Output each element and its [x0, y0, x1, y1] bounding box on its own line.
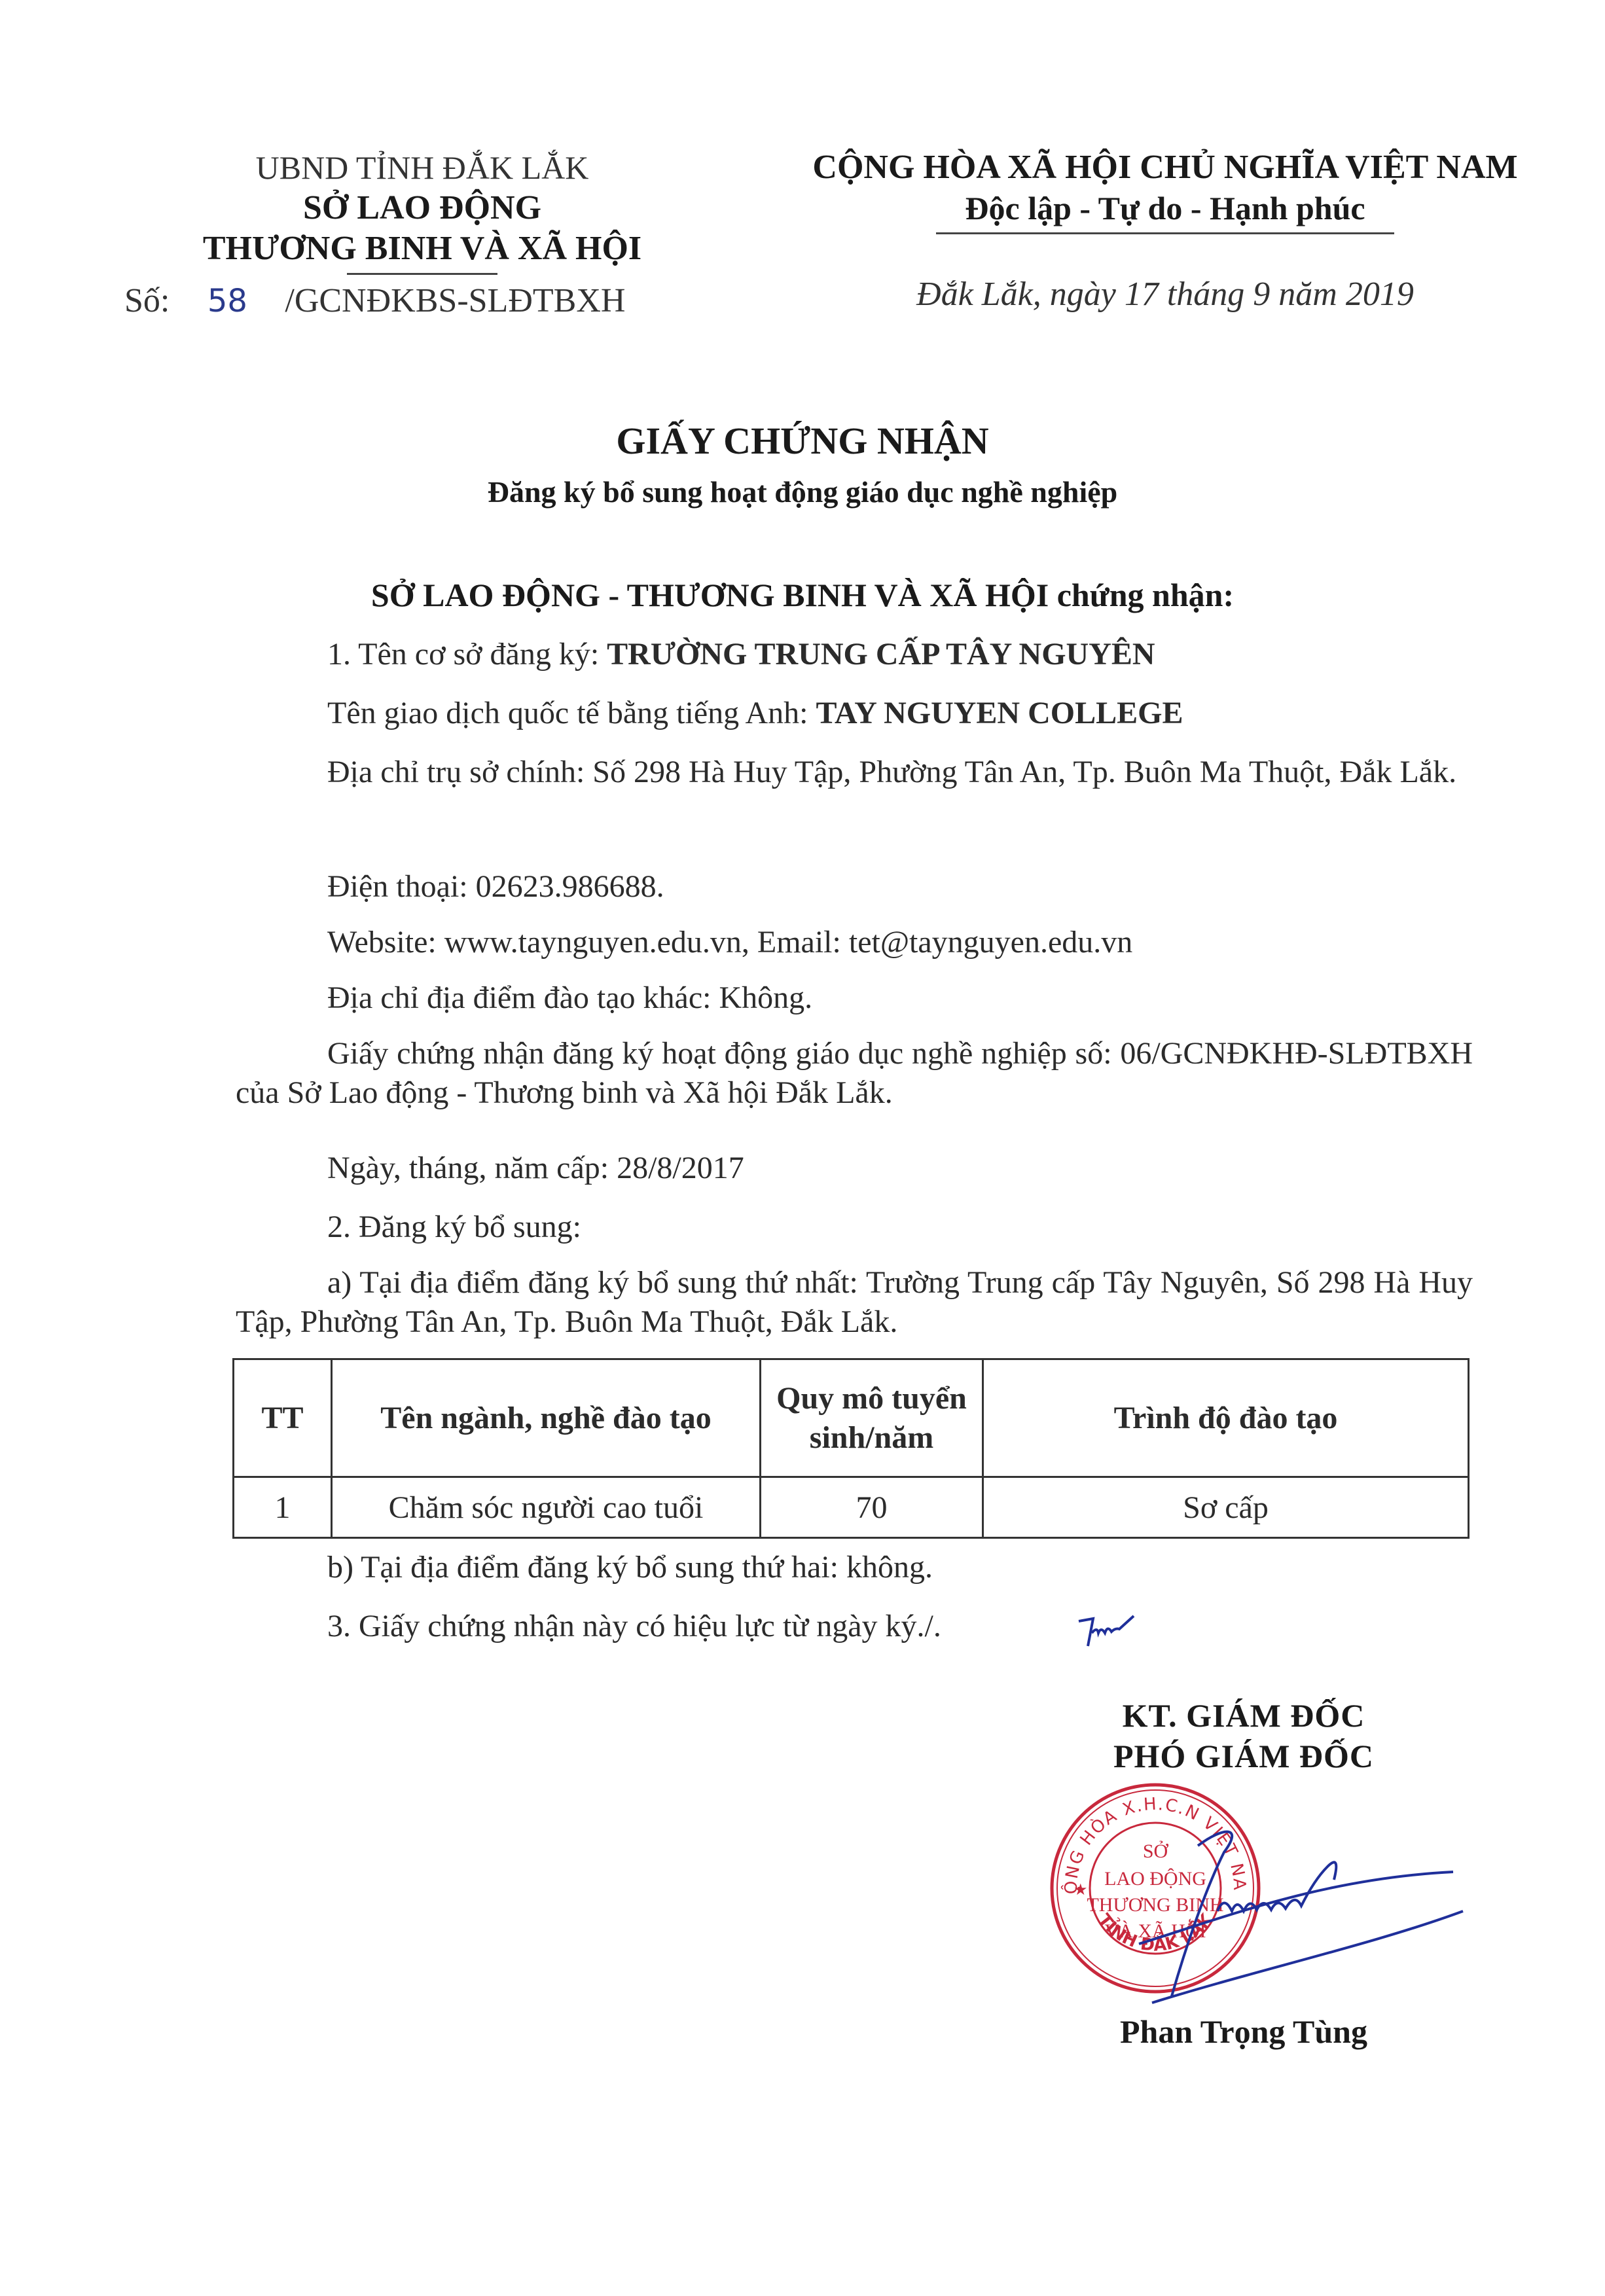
institution-name-value: TRƯỜNG TRUNG CẤP TÂY NGUYÊN [607, 637, 1155, 672]
col-header-enrollment: Quy mô tuyển sinh/năm [761, 1359, 983, 1477]
other-training-location: Địa chỉ địa điểm đào tạo khác: Không. [327, 978, 812, 1018]
website-and-email: Website: www.taynguyen.edu.vn, Email: te… [327, 923, 1132, 962]
document-subtitle: Đăng ký bổ sung hoạt động giáo dục nghề … [0, 475, 1605, 509]
institution-name-line: 1. Tên cơ sở đăng ký: TRƯỜNG TRUNG CẤP T… [327, 635, 1155, 674]
signer-role-line1: KT. GIÁM ĐỐC [1047, 1695, 1440, 1736]
national-header-block: CỘNG HÒA XÃ HỘI CHỦ NGHĨA VIỆT NAM Độc l… [759, 147, 1571, 234]
place-and-date: Đắk Lắk, ngày 17 tháng 9 năm 2019 [759, 275, 1571, 314]
english-name-value: TAY NGUYEN COLLEGE [816, 696, 1183, 730]
english-name-label: Tên giao dịch quốc tế bằng tiếng Anh: [327, 696, 816, 730]
english-name-line: Tên giao dịch quốc tế bằng tiếng Anh: TA… [327, 694, 1183, 733]
issuing-authority-block: UBND TỈNH ĐẮK LẮK SỞ LAO ĐỘNG THƯƠNG BIN… [111, 147, 733, 275]
col-header-index: TT [234, 1359, 332, 1477]
document-title: GIẤY CHỨNG NHẬN [0, 419, 1605, 463]
national-motto: Độc lập - Tự do - Hạnh phúc [759, 188, 1571, 228]
number-label: Số: [124, 282, 170, 319]
prior-certificate: Giấy chứng nhận đăng ký hoạt động giáo d… [236, 1034, 1473, 1113]
training-registration-table: TT Tên ngành, nghề đào tạo Quy mô tuyển … [232, 1358, 1470, 1539]
document-number: Số: 58 /GCNĐKBS-SLĐTBXH [124, 281, 625, 320]
validity-statement: 3. Giấy chứng nhận này có hiệu lực từ ng… [327, 1607, 941, 1646]
table-row: 1 Chăm sóc người cao tuổi 70 Sơ cấp [234, 1477, 1469, 1538]
signer-name: Phan Trọng Tùng [1047, 2013, 1440, 2051]
institution-name-label: 1. Tên cơ sở đăng ký: [327, 637, 607, 672]
header-left-underline [347, 273, 497, 275]
nation-name: CỘNG HÒA XÃ HỘI CHỦ NGHĨA VIỆT NAM [759, 147, 1571, 188]
additional-location-a: a) Tại địa điểm đăng ký bổ sung thứ nhất… [236, 1263, 1473, 1342]
additional-location-b: b) Tại địa điểm đăng ký bổ sung thứ hai:… [327, 1548, 933, 1587]
department-name-line2: THƯƠNG BINH VÀ XÃ HỘI [111, 228, 733, 269]
certify-authority: SỞ LAO ĐỘNG - THƯƠNG BINH VÀ XÃ HỘI [371, 577, 1049, 613]
head-office-address: Địa chỉ trụ sở chính: Số 298 Hà Huy Tập,… [236, 753, 1473, 792]
phone-number: Điện thoại: 02623.986688. [327, 867, 664, 906]
col-header-program: Tên ngành, nghề đào tạo [332, 1359, 761, 1477]
cell-program: Chăm sóc người cao tuổi [332, 1477, 761, 1538]
cell-index: 1 [234, 1477, 332, 1538]
cell-level: Sơ cấp [983, 1477, 1469, 1538]
issue-date: Ngày, tháng, năm cấp: 28/8/2017 [327, 1149, 744, 1188]
svg-text:★: ★ [1073, 1880, 1088, 1899]
number-value: 58 [178, 283, 276, 319]
handwritten-signature-icon [1126, 1800, 1466, 2016]
authority-name: UBND TỈNH ĐẮK LẮK [111, 147, 733, 188]
signature-block: KT. GIÁM ĐỐC PHÓ GIÁM ĐỐC [1047, 1695, 1440, 1776]
col-header-level: Trình độ đào tạo [983, 1359, 1469, 1477]
number-suffix: /GCNĐKBS-SLĐTBXH [285, 282, 625, 319]
certify-statement: SỞ LAO ĐỘNG - THƯƠNG BINH VÀ XÃ HỘI chứn… [0, 576, 1605, 614]
certify-verb: chứng nhận: [1049, 577, 1234, 613]
department-name-line1: SỞ LAO ĐỘNG [111, 188, 733, 228]
initial-mark-icon [1073, 1613, 1139, 1653]
motto-underline [936, 232, 1394, 234]
section2-heading: 2. Đăng ký bổ sung: [327, 1208, 581, 1247]
signer-role-line2: PHÓ GIÁM ĐỐC [1047, 1736, 1440, 1776]
table-header-row: TT Tên ngành, nghề đào tạo Quy mô tuyển … [234, 1359, 1469, 1477]
cell-enrollment: 70 [761, 1477, 983, 1538]
